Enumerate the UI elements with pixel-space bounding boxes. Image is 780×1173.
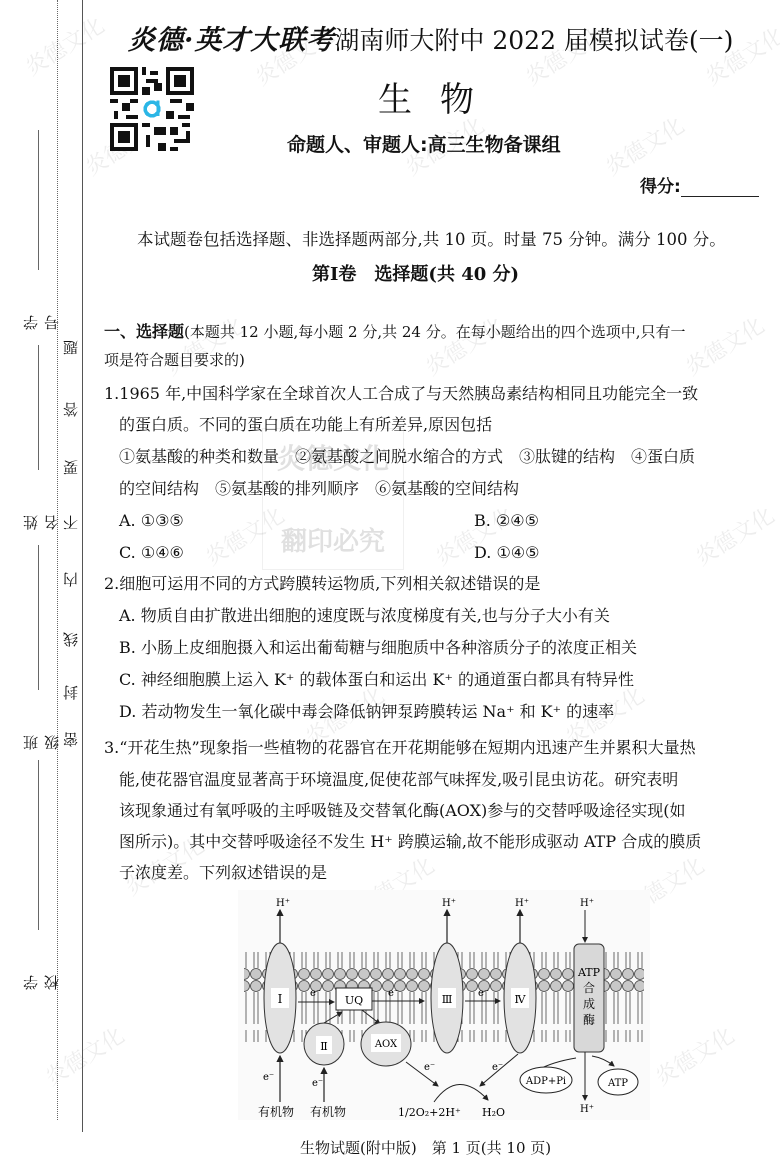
svg-text:e⁻: e⁻ [312,1078,323,1089]
option-b[interactable]: B. ②④⑤ [474,511,539,531]
class-label: 班 级 [20,690,44,750]
option-label: C. [119,543,136,562]
svg-text:e⁻: e⁻ [424,1062,435,1073]
question-line: 2.细胞可运用不同的方式跨膜转运物质,下列相关叙述错误的是 [104,574,540,594]
question-line: 1.1965 年,中国科学家在全球首次人工合成了与天然胰岛素结构相同且功能完全一… [104,384,698,404]
question-line: 该现象通过有氧呼吸的主呼吸链及交替氧化酶(AOX)参与的交替呼吸途径实现(如 [119,801,686,821]
svg-text:1/2O₂+2H⁺: 1/2O₂+2H⁺ [398,1106,461,1119]
svg-text:酶: 酶 [583,1012,595,1027]
qr-code-icon[interactable] [110,67,194,151]
option-label: A. [119,511,136,530]
name-label: 姓 名 [20,470,44,530]
option-text: 神经细胞膜上运入 K⁺ 的载体蛋白和运出 K⁺ 的通道蛋白都具有特异性 [141,670,634,689]
watermark: 炎德文化 [648,1019,739,1092]
option-label: D. [474,543,491,562]
seal-char: 题 [60,330,81,355]
svg-text:ADP+Pi: ADP+Pi [525,1076,566,1087]
student-id-line[interactable] [38,130,39,270]
option-label: B. [119,638,136,657]
watermark: 炎德文化 [158,309,249,382]
question-text: “开花生热”现象指一些植物的花器官在开花期能够在短期内迅速产生并累积大量热 [119,738,695,757]
seal-char: 密 [60,722,81,747]
svg-text:e⁻: e⁻ [492,1062,503,1073]
svg-text:合: 合 [583,980,595,995]
exam-header: 炎德·英才大联考湖南师大附中 2022 届模拟试卷(一) [128,18,733,57]
class-line[interactable] [38,545,39,690]
option-text: 若动物发生一氧化碳中毒会降低钠钾泵跨膜转运 Na⁺ 和 K⁺ 的速率 [141,702,614,721]
exam-instructions: 本试题卷包括选择题、非选择题两部分,共 10 页。时量 75 分钟。满分 100… [137,226,726,250]
question-line: ①氨基酸的种类和数量 ②氨基酸之间脱水缩合的方式 ③肽键的结构 ④蛋白质 [119,447,695,467]
brand-title: 炎德·英才大联考 [128,25,334,56]
score-blank[interactable] [681,180,759,197]
option-label: B. [474,511,491,530]
stamp-bottom-text: 翻印必究 [263,521,403,558]
svg-text:e⁻: e⁻ [263,1072,274,1083]
seal-char: 答 [60,392,81,417]
option-b[interactable]: B. 小肠上皮细胞摄入和运出葡萄糖与细胞质中各种溶质分子的浓度正相关 [119,638,637,658]
part-number: 第Ⅰ卷 [312,264,356,285]
svg-text:有机物: 有机物 [258,1104,294,1119]
svg-text:有机物: 有机物 [310,1104,346,1119]
exam-title: 湖南师大附中 2022 届模拟试卷(一) [334,26,733,55]
svg-text:Ⅰ: Ⅰ [278,992,283,1006]
margin-line [82,0,83,1132]
name-line[interactable] [38,345,39,470]
watermark: 炎德文化 [678,309,769,382]
svg-text:e⁻: e⁻ [388,988,399,999]
school-label: 学 校 [20,930,44,990]
seal-char: 线 [60,622,81,647]
svg-text:成: 成 [583,996,595,1011]
svg-text:H⁺: H⁺ [515,898,529,909]
option-label: C. [119,670,136,689]
option-d[interactable]: D. ①④⑤ [474,543,539,563]
score-label: 得分: [640,177,681,197]
svg-text:UQ: UQ [345,994,363,1007]
watermark: 炎德文化 [38,1019,129,1092]
option-c[interactable]: C. 神经细胞膜上运入 K⁺ 的载体蛋白和运出 K⁺ 的通道蛋白都具有特异性 [119,670,634,690]
part-title: 第Ⅰ卷 选择题(共 40 分) [312,260,519,286]
section-title: 一、选择题 [104,322,184,341]
seal-char: 不 [60,505,81,530]
school-line[interactable] [38,760,39,930]
seal-char: 要 [60,450,81,475]
score-field: 得分: [640,172,759,197]
watermark: 炎德文化 [688,499,779,572]
option-c[interactable]: C. ①④⑥ [119,543,184,563]
svg-text:Ⅳ: Ⅳ [515,993,527,1006]
svg-text:H⁺: H⁺ [442,898,456,909]
watermark: 炎德文化 [418,309,509,382]
student-id-label: 学 号 [20,270,44,330]
question-number: 3. [104,738,119,757]
svg-text:ATP: ATP [607,1078,628,1089]
question-line: 的蛋白质。不同的蛋白质在功能上有所差异,原因包括 [119,415,492,435]
section-note: (本题共 12 小题,每小题 2 分,共 24 分。在每小题给出的四个选项中,只… [184,323,686,341]
option-text: 小肠上皮细胞摄入和运出葡萄糖与细胞质中各种溶质分子的浓度正相关 [141,638,637,657]
authors-line: 命题人、审题人:高三生物备课组 [287,130,561,157]
question-line: 的空间结构 ⑤氨基酸的排列顺序 ⑥氨基酸的空间结构 [119,479,519,499]
svg-text:H₂O: H₂O [482,1106,505,1119]
question-line: 3.“开花生热”现象指一些植物的花器官在开花期能够在短期内迅速产生并累积大量热 [104,738,696,758]
question-line: 图所示)。其中交替呼吸途径不发生 H⁺ 跨膜运输,故不能形成驱动 ATP 合成的… [119,832,701,852]
svg-text:Ⅲ: Ⅲ [442,993,453,1006]
watermark: 炎德文化 [198,499,289,572]
svg-text:e⁻: e⁻ [310,988,321,999]
subject-title: 生物 [378,72,502,121]
svg-text:AOX: AOX [374,1039,398,1050]
part-subtitle: 选择题(共 40 分) [374,264,519,285]
seal-char: 封 [60,675,81,700]
svg-text:ATP: ATP [577,966,601,979]
question-text: 1965 年,中国科学家在全球首次人工合成了与天然胰岛素结构相同且功能完全一致 [119,384,698,403]
option-text: ①④⑥ [141,543,184,562]
svg-text:e⁻: e⁻ [478,988,489,999]
question-number: 1. [104,384,119,403]
section-heading: 一、选择题(本题共 12 小题,每小题 2 分,共 24 分。在每小题给出的四个… [104,322,686,342]
question-line: 能,使花器官温度显著高于环境温度,促使花部气味挥发,吸引昆虫访花。研究表明 [119,770,678,790]
section-note-cont: 项是符合题目要求的) [104,350,245,370]
question-line: 子浓度差。下列叙述错误的是 [119,863,327,883]
option-a[interactable]: A. ①③⑤ [119,511,184,531]
svg-text:H⁺: H⁺ [276,898,290,909]
option-a[interactable]: A. 物质自由扩散进出细胞的速度既与浓度梯度有关,也与分子大小有关 [119,606,610,626]
seal-char: 内 [60,562,81,587]
page-footer: 生物试题(附中版) 第 1 页(共 10 页) [300,1137,551,1158]
watermark: 炎德文化 [18,9,109,82]
question-text: 细胞可运用不同的方式跨膜转运物质,下列相关叙述错误的是 [119,574,540,593]
svg-text:H⁺: H⁺ [580,898,594,909]
option-label: A. [119,606,136,625]
option-d[interactable]: D. 若动物发生一氧化碳中毒会降低钠钾泵跨膜转运 Na⁺ 和 K⁺ 的速率 [119,702,614,722]
svg-text:Ⅱ: Ⅱ [320,1040,327,1053]
question-number: 2. [104,574,119,593]
option-text: ①④⑤ [496,543,539,562]
cut-line [57,0,58,1120]
option-label: D. [119,702,136,721]
option-text: ②④⑤ [496,511,539,530]
option-text: 物质自由扩散进出细胞的速度既与浓度梯度有关,也与分子大小有关 [141,606,610,625]
option-text: ①③⑤ [141,511,184,530]
respiration-chain-diagram: Ⅰ H⁺ e⁻ 有机物 e⁻ UQ Ⅱ e⁻ 有机物 AOX e⁻ Ⅲ H⁺ e… [238,890,650,1120]
svg-text:H⁺: H⁺ [580,1104,594,1115]
